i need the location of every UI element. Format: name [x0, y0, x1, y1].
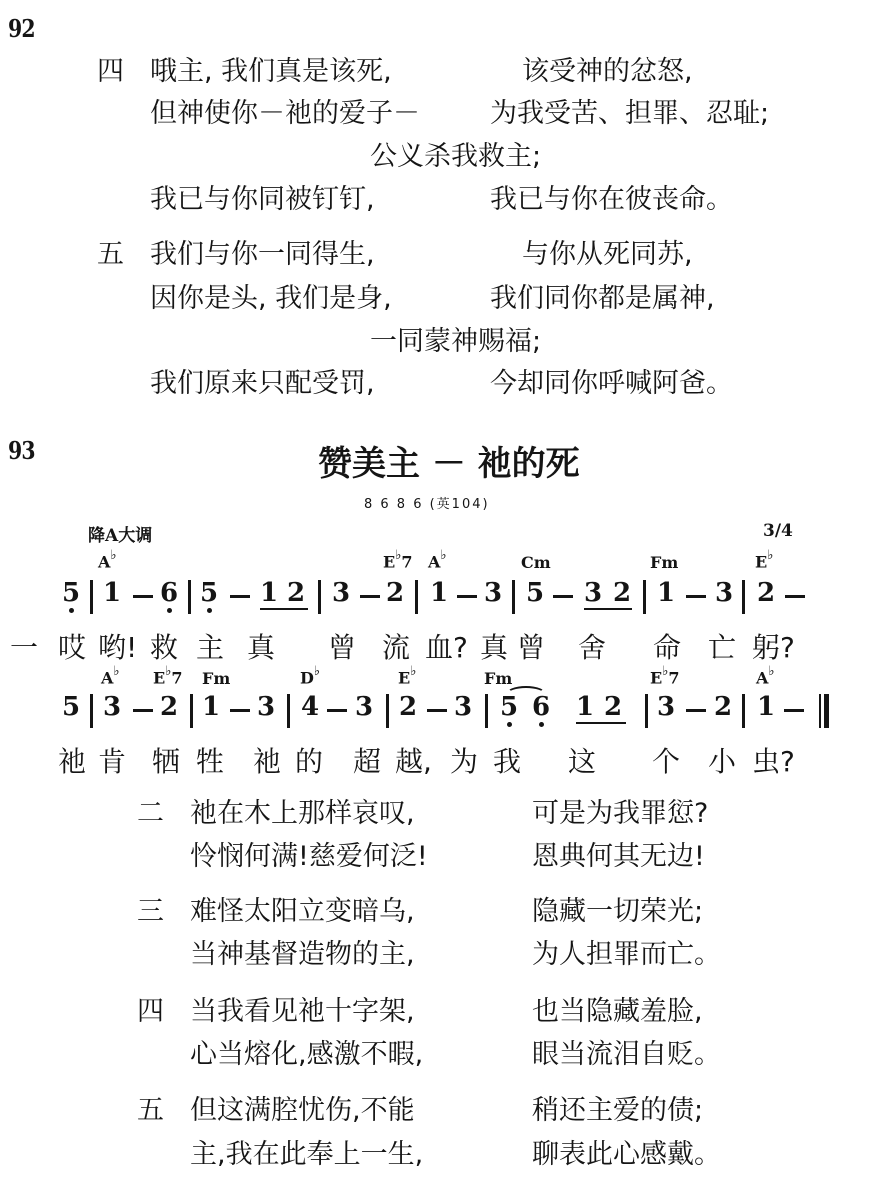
barline	[287, 694, 290, 728]
verse-line: 我已与你同被钉钉,	[150, 186, 375, 213]
verse-number: 一	[10, 626, 38, 666]
dash	[230, 595, 250, 598]
note: 3	[582, 578, 604, 608]
chord: Cm	[521, 553, 551, 572]
note: 5	[60, 578, 82, 608]
verse-number: 四	[97, 58, 124, 85]
verse-number: 四	[137, 998, 164, 1025]
verse-line: 公义杀我救主;	[370, 143, 541, 170]
lyric: 小	[708, 740, 736, 780]
low-octave-dot	[539, 722, 544, 727]
chord: A♭	[98, 550, 117, 571]
verse-line: 可是为我罪愆?	[532, 800, 708, 827]
lyric: 曾	[517, 626, 545, 666]
note: 5	[498, 692, 520, 722]
note: 1	[428, 578, 450, 608]
note: 1	[655, 578, 677, 608]
lyric: 的	[295, 740, 323, 780]
eighth-underline	[584, 608, 632, 610]
verse-number: 三	[137, 898, 164, 925]
lyric: 命	[653, 626, 681, 666]
lyric: 亡	[708, 626, 736, 666]
barline	[415, 580, 418, 614]
chord: E♭7	[650, 666, 679, 687]
note: 3	[482, 578, 504, 608]
chord: Fm	[484, 669, 512, 688]
meter: 8 6 8 6 (英104)	[364, 493, 490, 512]
lyric: 主	[196, 626, 224, 666]
verse-line: 聊表此心感戴。	[532, 1141, 721, 1168]
verse-line: 一同蒙神赐福;	[370, 328, 541, 355]
note: 1	[574, 692, 596, 722]
barline	[742, 694, 745, 728]
verse-line: 当我看见祂十字架,	[190, 998, 415, 1025]
lyric: 躬?	[752, 626, 795, 666]
chord: E♭7	[153, 666, 182, 687]
note: 2	[158, 692, 180, 722]
lyric: 虫?	[752, 740, 795, 780]
lyric: 哟!	[98, 626, 137, 666]
lyric: 牲	[196, 740, 224, 780]
note: 2	[712, 692, 734, 722]
verse-line: 哦主, 我们真是该死,	[150, 58, 392, 85]
verse-number: 五	[137, 1097, 164, 1124]
chord: E♭7	[383, 550, 412, 571]
dash	[553, 595, 573, 598]
barline	[386, 694, 389, 728]
note: 4	[299, 692, 321, 722]
eighth-underline	[260, 608, 308, 610]
note: 2	[397, 692, 419, 722]
barline	[90, 694, 93, 728]
verse-line: 为我受苦、担罪、忍耻;	[490, 100, 769, 127]
chord: A♭	[428, 550, 447, 571]
lyric: 祂	[58, 740, 86, 780]
verse-line: 当神基督造物的主,	[190, 941, 415, 968]
verse-line: 我们同你都是属神,	[490, 285, 715, 312]
chord: E♭	[755, 550, 773, 571]
note: 1	[200, 692, 222, 722]
note: 3	[353, 692, 375, 722]
lyric: 哎	[58, 626, 86, 666]
barline	[742, 580, 745, 614]
barline	[188, 580, 191, 614]
dash	[784, 709, 804, 712]
lyric: 个	[652, 740, 680, 780]
verse-line: 稍还主爱的债;	[532, 1097, 703, 1124]
verse-number: 二	[137, 800, 164, 827]
dash	[785, 595, 805, 598]
barline	[645, 694, 648, 728]
chord: A♭	[101, 666, 120, 687]
verse-line: 心当熔化,感激不暇,	[190, 1041, 423, 1068]
lyric: 超	[353, 740, 381, 780]
verse-line: 今却同你呼喊阿爸。	[490, 370, 733, 397]
verse-line: 祂在木上那样哀叹,	[190, 800, 415, 827]
barline	[512, 580, 515, 614]
note: 2	[755, 578, 777, 608]
barline	[90, 580, 93, 614]
verse-line: 但神使你－祂的爱子－	[150, 100, 420, 127]
note: 3	[330, 578, 352, 608]
dash	[686, 709, 706, 712]
dash	[427, 709, 447, 712]
dash	[360, 595, 380, 598]
verse-line: 难怪太阳立变暗乌,	[190, 898, 415, 925]
note: 5	[198, 578, 220, 608]
note: 2	[602, 692, 624, 722]
chord: E♭	[398, 666, 416, 687]
verse-line: 但这满腔忧伤,不能	[190, 1097, 415, 1124]
hymn-number-93: 93	[8, 436, 35, 465]
dash	[133, 595, 153, 598]
lyric: 越,	[395, 740, 432, 780]
barline	[190, 694, 193, 728]
barline	[485, 694, 488, 728]
note: 1	[755, 692, 777, 722]
hymn-title: 赞美主 － 祂的死	[318, 436, 580, 485]
verse-line: 隐藏一切荣光;	[532, 898, 703, 925]
verse-line: 眼当流泪自贬。	[532, 1041, 721, 1068]
verse-line: 我们与你一同得生,	[150, 241, 375, 268]
lyric: 肯	[98, 740, 126, 780]
hymn-number-92: 92	[8, 14, 35, 43]
low-octave-dot	[69, 608, 74, 613]
barline	[643, 580, 646, 614]
note: 3	[255, 692, 277, 722]
low-octave-dot	[207, 608, 212, 613]
lyric: 血?	[425, 626, 468, 666]
chord: A♭	[756, 666, 775, 687]
lyric: 真	[480, 626, 508, 666]
final-barline-thick	[824, 694, 829, 728]
chord: Fm	[650, 553, 678, 572]
note: 3	[655, 692, 677, 722]
note: 2	[285, 578, 307, 608]
chord: Fm	[202, 669, 230, 688]
lyric: 曾	[328, 626, 356, 666]
verse-line: 因你是头, 我们是身,	[150, 285, 392, 312]
note: 5	[524, 578, 546, 608]
note: 3	[713, 578, 735, 608]
lyric: 这	[568, 740, 596, 780]
verse-number: 五	[97, 241, 124, 268]
verse-line: 恩典何其无边!	[532, 843, 705, 870]
lyric: 我	[493, 740, 521, 780]
lyric: 牺	[152, 740, 180, 780]
note: 1	[258, 578, 280, 608]
eighth-underline	[576, 722, 626, 724]
final-barline-thin	[819, 694, 821, 728]
verse-line: 也当隐藏羞脸,	[532, 998, 703, 1025]
lyric: 流	[382, 626, 410, 666]
time-signature: 3/4	[763, 521, 793, 541]
dash	[686, 595, 706, 598]
dash	[327, 709, 347, 712]
verse-line: 我已与你在彼丧命。	[490, 186, 733, 213]
note: 6	[158, 578, 180, 608]
chord: D♭	[300, 666, 320, 687]
note: 1	[101, 578, 123, 608]
verse-line: 为人担罪而亡。	[532, 941, 721, 968]
verse-line: 怜悯何满!慈爱何泛!	[190, 843, 428, 870]
barline	[318, 580, 321, 614]
lyric: 真	[247, 626, 275, 666]
verse-line: 主,我在此奉上一生,	[190, 1141, 423, 1168]
lyric: 为	[450, 740, 478, 780]
note: 3	[452, 692, 474, 722]
note: 2	[384, 578, 406, 608]
lyric: 祂	[253, 740, 281, 780]
lyric: 救	[150, 626, 178, 666]
note: 6	[530, 692, 552, 722]
low-octave-dot	[167, 608, 172, 613]
low-octave-dot	[507, 722, 512, 727]
dash	[230, 709, 250, 712]
verse-line: 我们原来只配受罚,	[150, 370, 375, 397]
verse-line: 与你从死同苏,	[522, 241, 693, 268]
note: 2	[611, 578, 633, 608]
note: 3	[101, 692, 123, 722]
dash	[457, 595, 477, 598]
verse-line: 该受神的忿怒,	[522, 58, 693, 85]
note: 5	[60, 692, 82, 722]
lyric: 舍	[578, 626, 606, 666]
key-signature: 降A大调	[88, 521, 152, 546]
dash	[133, 709, 153, 712]
